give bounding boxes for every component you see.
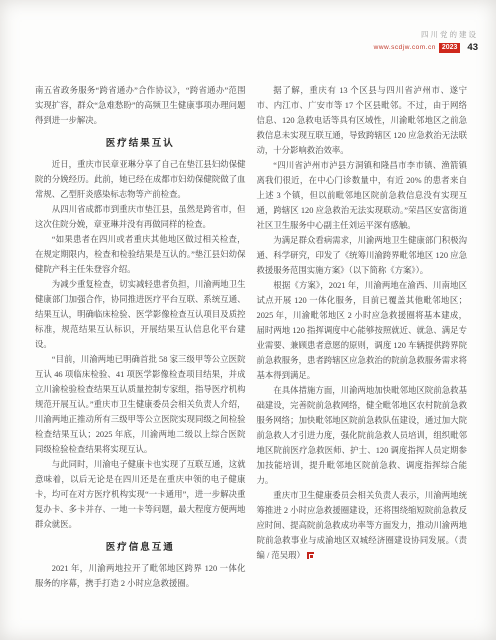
paragraph-closing: 重庆市卫生健康委员会相关负责人表示，川渝两地统筹推进 2 小时应急救援圈建设，还…: [257, 488, 468, 563]
issue-year-badge: 2023: [439, 43, 461, 53]
magazine-page: 四川党的建设 www.scdjw.com.cn 2023 43 南五省政务服务“…: [0, 0, 496, 640]
paragraph: 2021 年，川渝两地拉开了毗邻地区跨界 120 一体化服务的序幕，携手打造 2…: [35, 561, 246, 591]
paragraph: “如果患者在四川或者重庆其他地区做过相关检查，在规定期限内，检查和检验结果是互认…: [35, 232, 246, 277]
website-url: www.scdjw.com.cn: [374, 44, 436, 51]
paragraph: 近日，重庆市民章亚琳分享了自己在垫江县妇幼保健院的分娩经历。此前，她已经在成都市…: [35, 157, 246, 202]
closing-text: 重庆市卫生健康委员会相关负责人表示，川渝两地统筹推进 2 小时应急救援圈建设，还…: [257, 491, 468, 560]
section-heading-medical-info-interchange: 医疗信息互通: [35, 540, 246, 555]
paragraph: 根据《方案》，2021 年，川渝两地在渝西、川南地区试点开展 120 一体化服务…: [257, 278, 468, 383]
paragraph: 在具体措施方面，川渝两地加快毗邻地区院前急救基础建设，完善院前急救网络，健全毗邻…: [257, 383, 468, 488]
left-column: 南五省政务服务“跨省通办”合作协议》，“跨省通办”范围实现扩容，群众“急难愁盼”…: [35, 83, 246, 620]
paragraph: 为满足群众看病需求，川渝两地卫生健康部门积极沟通、科学研究，印发了《统筹川渝跨界…: [257, 233, 468, 278]
magazine-title: 四川党的建设: [374, 29, 478, 40]
header-meta-row: www.scdjw.com.cn 2023 43: [374, 42, 478, 53]
page-header: 四川党的建设 www.scdjw.com.cn 2023 43: [374, 29, 478, 53]
article-end-mark-icon: [307, 552, 314, 559]
paragraph: 据了解，重庆有 13 个区县与四川省泸州市、遂宁市、内江市、广安市等 17 个区…: [257, 83, 468, 158]
paragraph: “目前，川渝两地已明确首批 58 家三级甲等公立医院互认 46 项临床检验、41…: [35, 352, 246, 457]
paragraph-continuation: 南五省政务服务“跨省通办”合作协议》，“跨省通办”范围实现扩容，群众“急难愁盼”…: [35, 83, 246, 128]
paragraph: 与此同时，川渝电子健康卡也实现了互联互通，这就意味着，以后无论是在四川还是在重庆…: [35, 457, 246, 532]
paragraph: 从四川省成都市到重庆市垫江县，虽然是跨省市，但这次住院分娩，章亚琳并没有再做同样…: [35, 202, 246, 232]
section-heading-medical-results-recognition: 医疗结果互认: [35, 136, 246, 151]
article-body: 南五省政务服务“跨省通办”合作协议》，“跨省通办”范围实现扩容，群众“急难愁盼”…: [35, 83, 467, 620]
page-number: 43: [467, 42, 478, 53]
paragraph: “四川省泸州市泸县方洞镇和隆昌市李市镇、渔箭镇离我们很近，在中心门诊数量中，有近…: [257, 158, 468, 233]
paragraph: 为减少重复检查，切实减轻患者负担，川渝两地卫生健康部门加强合作，协同推进医疗平台…: [35, 277, 246, 352]
right-column: 据了解，重庆有 13 个区县与四川省泸州市、遂宁市、内江市、广安市等 17 个区…: [257, 83, 468, 620]
